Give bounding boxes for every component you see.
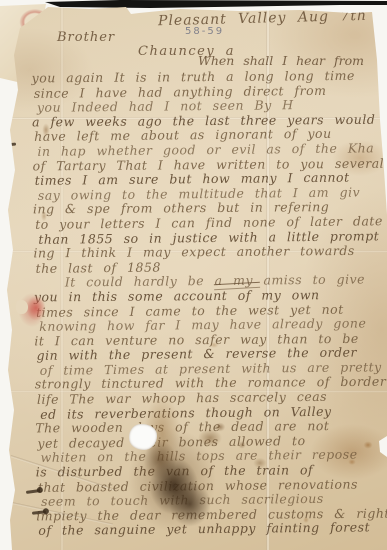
archival-number: 58-59	[185, 26, 224, 37]
salutation: Brother	[57, 30, 115, 45]
letter-paper: Pleasant Valley Aug 7th 185 58-59 Brothe…	[0, 0, 387, 550]
red-wax-stain	[14, 288, 50, 330]
letter-line: of Tartary That I have written to you se…	[32, 156, 387, 173]
letter-line: it I can venture no safer way than to be	[34, 331, 387, 348]
opening-phrase: When shall I hear from	[198, 53, 364, 68]
red-wax-stain-notch	[16, 300, 28, 314]
letter-line: ing I think I may expect another towards	[33, 244, 387, 261]
letter-line: a few weeks ago the last three years wou…	[32, 112, 387, 129]
letter-scan: Pleasant Valley Aug 7th 185 58-59 Brothe…	[0, 0, 387, 550]
stain-droplets	[208, 415, 278, 475]
paper-hole	[129, 424, 157, 450]
letter-line: you in this some account of my own	[34, 288, 387, 305]
margin-dash-mark	[4, 143, 16, 146]
letter-line: you again It is in truth a long long tim…	[32, 69, 387, 86]
